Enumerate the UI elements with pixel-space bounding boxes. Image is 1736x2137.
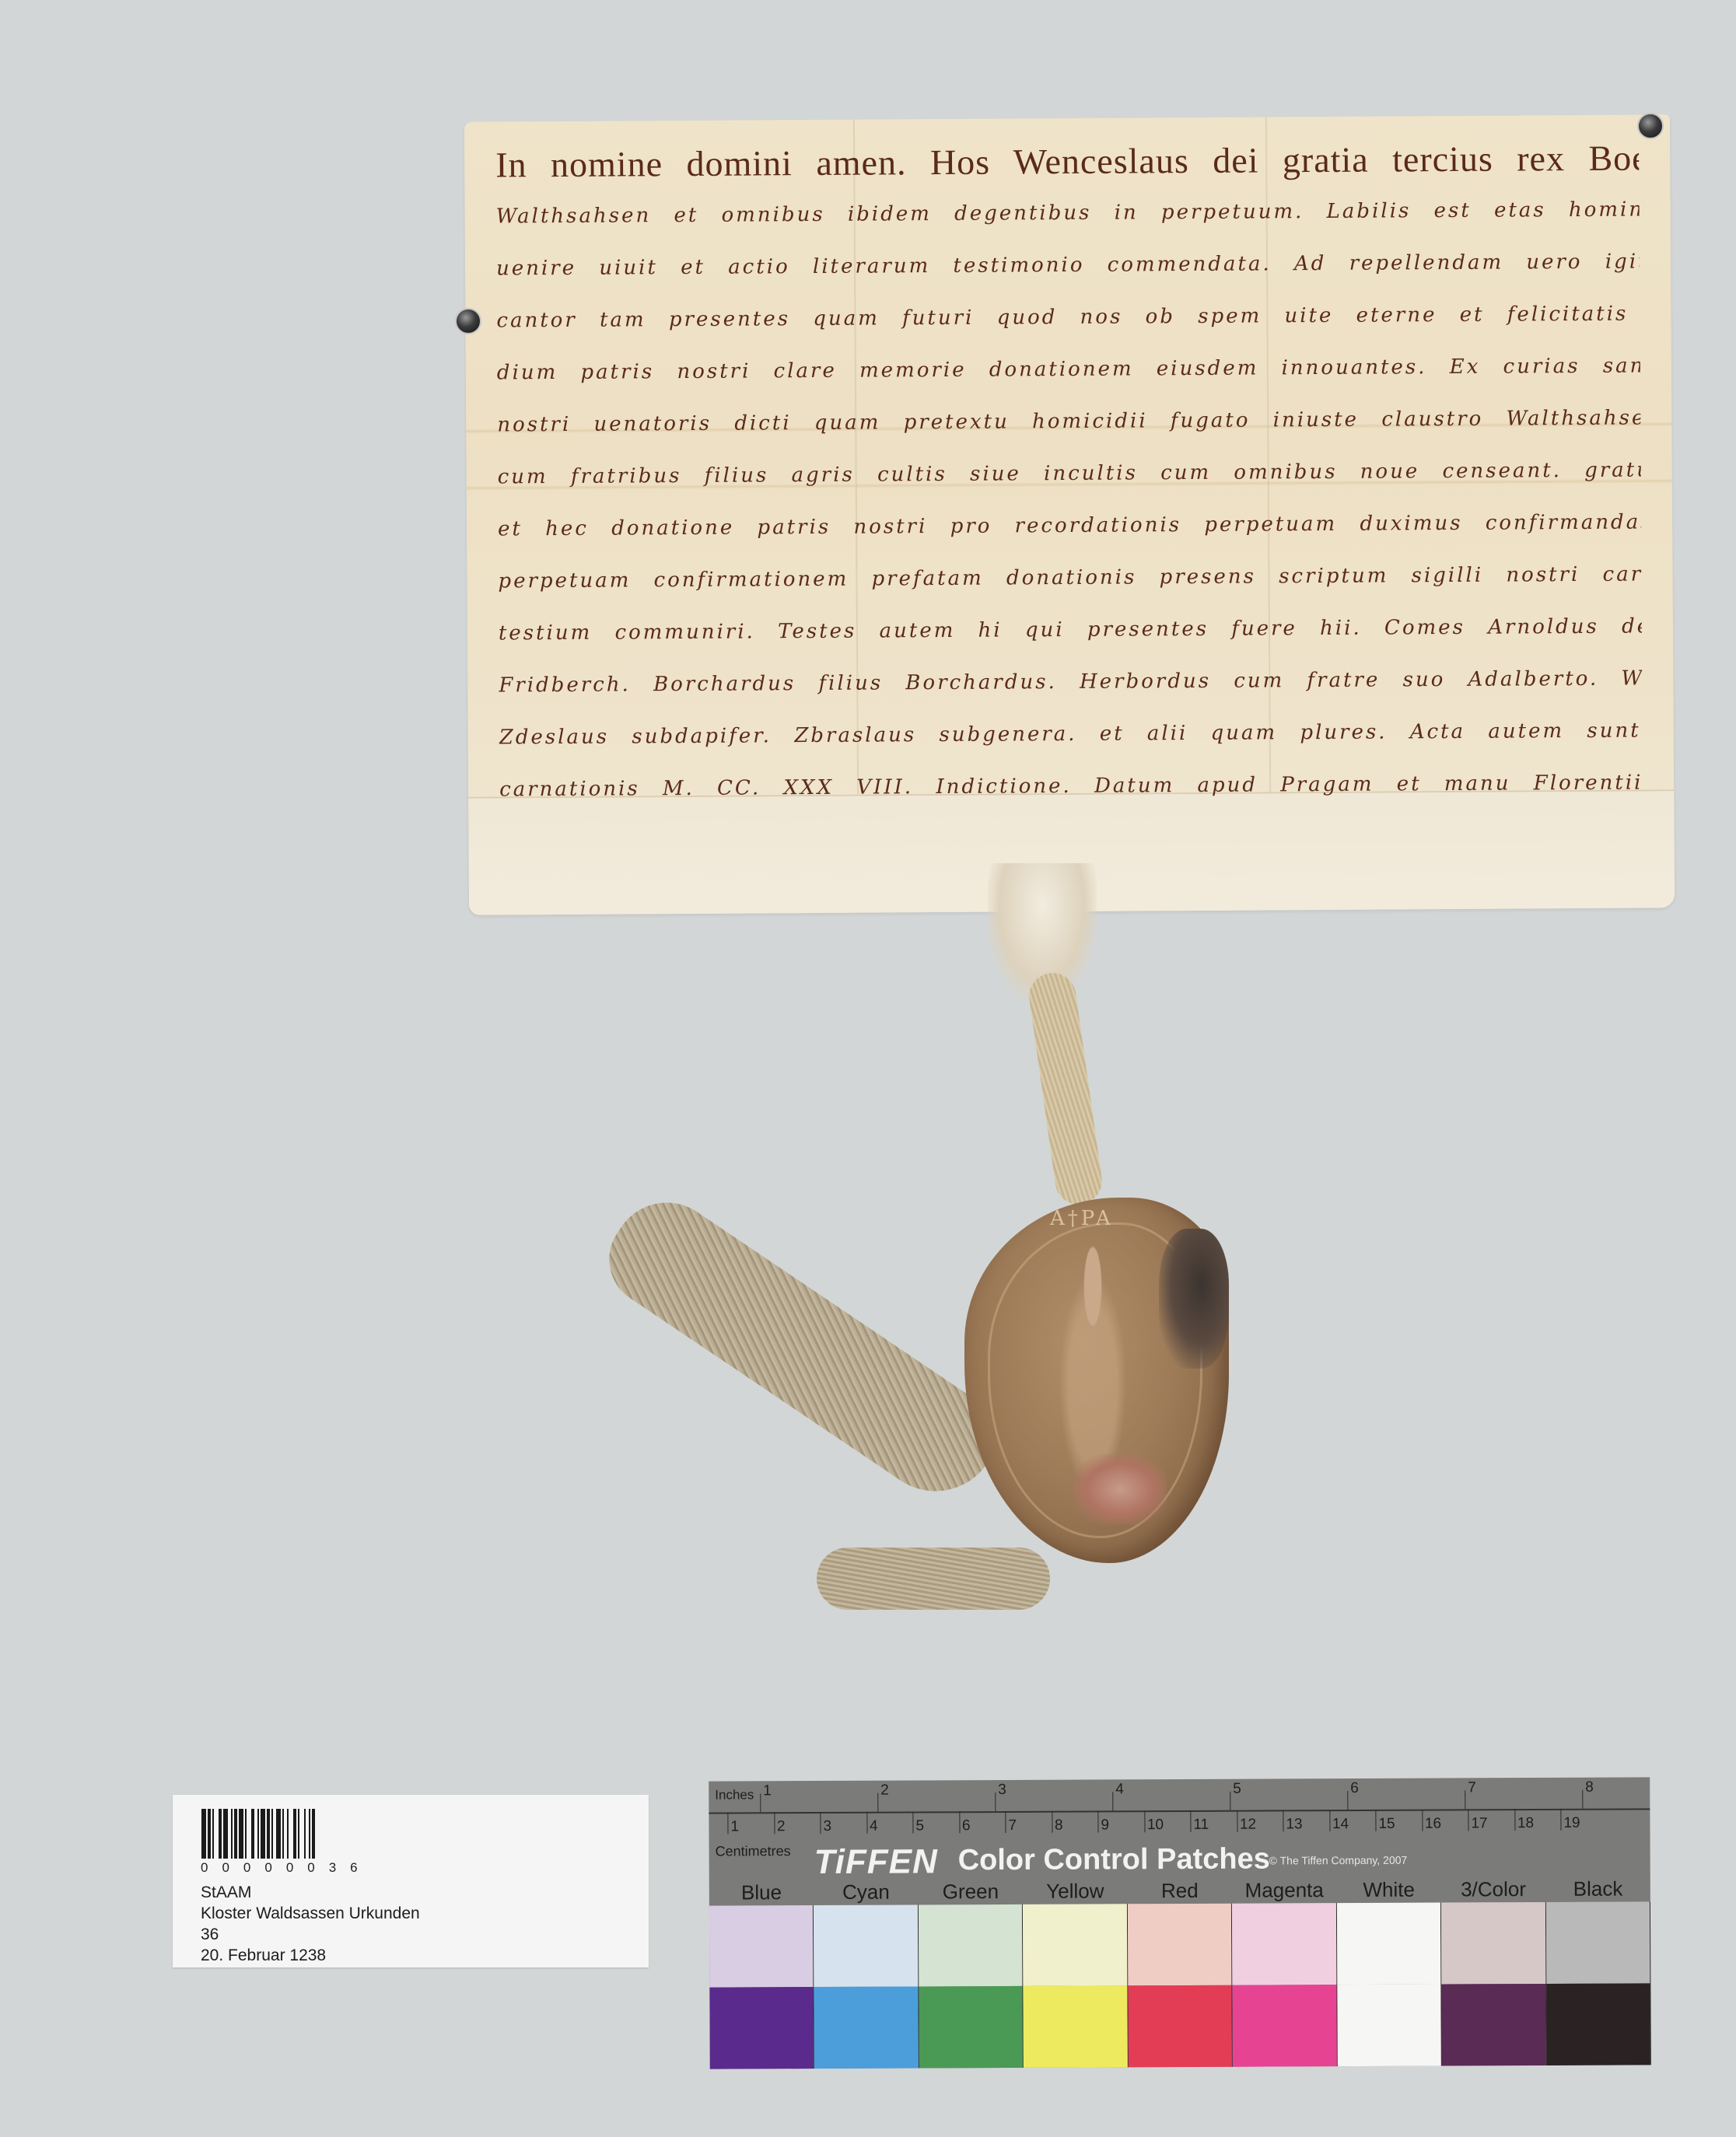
inch-tick-label: 6 (1350, 1780, 1359, 1797)
centimetres-label: Centimetres (716, 1843, 791, 1859)
patch-light (709, 1905, 814, 1988)
patch-light (919, 1904, 1023, 1987)
inch-tick-label: 3 (998, 1782, 1006, 1799)
patch-light (814, 1904, 918, 1987)
patch-label-green: Green (919, 1880, 1024, 1905)
archive-name: StAAM (201, 1882, 420, 1903)
cm-tick-label: 9 (1101, 1817, 1109, 1834)
cm-tick (1097, 1810, 1098, 1832)
patch-column-cyan (814, 1904, 919, 2069)
patch-dark (1546, 1983, 1650, 2065)
cm-tick-label: 11 (1193, 1817, 1209, 1834)
cm-tick (1468, 1809, 1468, 1831)
patch-column-red (1128, 1904, 1233, 2068)
cm-tick (727, 1813, 728, 1834)
cm-tick-label: 3 (823, 1818, 831, 1835)
patch-column-black (1545, 1901, 1650, 2065)
charter-line: Walthsahsen et omnibus ibidem degentibus… (495, 184, 1639, 243)
wax-seal: A†PA (964, 1198, 1229, 1563)
cm-tick-label: 1 (730, 1818, 739, 1835)
charter-parchment: In nomine domini amen. Hos Wenceslaus de… (464, 114, 1675, 915)
patch-label-magenta: Magenta (1232, 1878, 1337, 1904)
patch-dark (709, 1987, 814, 2069)
cm-tick (1375, 1810, 1376, 1831)
patch-column-green (919, 1904, 1024, 2069)
seal-enthroned-figure-icon (1050, 1244, 1136, 1478)
patch-dark (1441, 1984, 1545, 2066)
cm-tick (1144, 1810, 1145, 1832)
cm-tick-label: 16 (1425, 1816, 1441, 1833)
mounting-pin-icon (1637, 113, 1664, 139)
inch-tick (760, 1793, 761, 1812)
color-patches (709, 1901, 1651, 2069)
patch-label-cyan: Cyan (814, 1880, 919, 1905)
cm-tick (866, 1812, 867, 1834)
copyright-text: © The Tiffen Company, 2007 (1269, 1854, 1408, 1867)
cm-tick-label: 5 (915, 1817, 924, 1834)
cm-tick (1422, 1810, 1423, 1831)
silk-cord (1026, 970, 1104, 1207)
patch-label-blue: Blue (709, 1880, 814, 1906)
cm-tick (1283, 1810, 1283, 1831)
barcode-number: 00000036 (201, 1860, 372, 1876)
cm-tick-label: 6 (962, 1817, 971, 1834)
silk-cord-tail (817, 1548, 1050, 1610)
patch-label-red: Red (1128, 1879, 1233, 1904)
charter-line: et hec donatione patris nostri pro recor… (498, 497, 1641, 556)
patch-dark (1024, 1985, 1128, 2068)
inch-tick-label: 4 (1115, 1781, 1124, 1798)
inch-tick (1230, 1792, 1230, 1810)
collection-name: Kloster Waldsassen Urkunden (201, 1903, 420, 1924)
patch-label-black: Black (1545, 1876, 1650, 1902)
charter-line: perpetuam confirmationem prefatam donati… (498, 549, 1641, 608)
cm-tick-label: 4 (870, 1818, 878, 1835)
cm-tick-label: 18 (1517, 1815, 1534, 1832)
charter-line: Fridberch. Borchardus filius Borchardus.… (499, 653, 1642, 712)
patch-light (1545, 1901, 1650, 1984)
cm-tick (1329, 1810, 1330, 1831)
inch-tick (1347, 1791, 1348, 1810)
tiffen-logo: TiFFEN (814, 1842, 938, 1882)
item-number: 36 (201, 1924, 420, 1945)
inch-tick-label: 5 (1233, 1781, 1241, 1798)
inch-tick (1582, 1790, 1583, 1809)
product-title: Color Control Patches (958, 1842, 1270, 1877)
cm-tick (912, 1811, 913, 1833)
inch-tick-label: 2 (880, 1782, 889, 1799)
cm-tick-label: 2 (777, 1818, 786, 1835)
cm-tick (1052, 1811, 1052, 1833)
patch-dark (919, 1986, 1023, 2069)
seal-damage (1073, 1454, 1167, 1524)
cm-tick (820, 1812, 821, 1834)
cm-tick (1190, 1810, 1191, 1832)
seal-legend: A†PA (1050, 1207, 1114, 1230)
patch-light (1128, 1904, 1232, 1986)
cm-tick (1237, 1810, 1237, 1832)
charter-line: Zdeslaus subdapifer. Zbraslaus subgenera… (499, 705, 1643, 764)
inch-ruler: 12345678 (709, 1777, 1650, 1813)
inch-tick (995, 1792, 996, 1811)
charter-line-datum: carnationis M. CC. XXX VIII. Indictione.… (499, 757, 1643, 817)
patch-label-yellow: Yellow (1023, 1879, 1128, 1904)
patch-label-3-color: 3/Color (1441, 1877, 1546, 1903)
inches-label: Inches (715, 1787, 754, 1803)
barcode-bar (315, 1809, 320, 1859)
mounting-pin-icon (455, 308, 481, 334)
patch-label-white: White (1336, 1878, 1441, 1904)
charter-line: cantor tam presentes quam futuri quod no… (496, 289, 1640, 348)
cm-tick-label: 8 (1055, 1817, 1063, 1834)
charter-line: uenire uiuit et actio literarum testimon… (496, 236, 1640, 296)
patch-column-blue (709, 1905, 814, 2069)
cm-tick-label: 12 (1240, 1817, 1256, 1834)
charter-line: dium patris nostri clare memorie donatio… (497, 341, 1640, 400)
charter-line: testium communiri. Testes autem hi qui p… (499, 601, 1642, 660)
patch-labels: BlueCyanGreenYellowRedMagentaWhite3/Colo… (709, 1876, 1650, 1905)
inch-tick-label: 8 (1585, 1779, 1594, 1796)
patch-light (1441, 1902, 1545, 1985)
patch-column-yellow (1023, 1904, 1128, 2068)
charter-line: cum fratribus filius agris cultis siue i… (497, 445, 1640, 504)
patch-dark (814, 1986, 919, 2069)
seal-damage (1159, 1229, 1229, 1369)
patch-dark (1337, 1985, 1441, 2067)
color-control-target: 12345678 Inches Centimetres TiFFEN Color… (709, 1777, 1651, 2069)
inch-tick-label: 1 (763, 1782, 772, 1799)
cm-tick (774, 1812, 775, 1834)
cm-tick-label: 15 (1378, 1816, 1395, 1833)
archive-label: 00000036 StAAM Kloster Waldsassen Urkund… (173, 1795, 649, 1967)
cm-tick-label: 19 (1563, 1815, 1580, 1832)
cm-tick (1560, 1809, 1561, 1831)
charter-line-invocatio: In nomine domini amen. Hos Wenceslaus de… (495, 132, 1639, 191)
inch-tick-label: 7 (1468, 1779, 1476, 1796)
cm-tick-label: 17 (1471, 1815, 1487, 1832)
document-date: 20. Februar 1238 (201, 1945, 420, 1966)
cm-tick-label: 14 (1332, 1816, 1349, 1833)
patch-light (1023, 1904, 1127, 1986)
inch-tick (1465, 1790, 1465, 1809)
patch-dark (1128, 1985, 1232, 2068)
cm-tick-label: 10 (1147, 1817, 1164, 1834)
patch-column-magenta (1232, 1903, 1337, 2067)
patch-dark (1233, 1985, 1337, 2067)
cm-tick-label: 7 (1008, 1817, 1017, 1834)
inch-tick (877, 1793, 878, 1812)
charter-text: In nomine domini amen. Hos Wenceslaus de… (495, 132, 1643, 817)
patch-light (1232, 1903, 1336, 1985)
charter-line: nostri uenatoris dicti quam pretextu hom… (497, 393, 1640, 452)
inch-tick (1112, 1792, 1113, 1810)
patch-column-3-color (1441, 1902, 1546, 2066)
patch-column-white (1337, 1903, 1442, 2067)
cm-tick (959, 1811, 960, 1833)
cm-tick (1514, 1809, 1515, 1831)
cm-tick (1005, 1811, 1006, 1833)
silk-cord-tail (591, 1181, 1013, 1515)
barcode-icon (201, 1809, 320, 1859)
cm-tick-label: 13 (1286, 1816, 1302, 1833)
patch-light (1337, 1903, 1441, 1985)
